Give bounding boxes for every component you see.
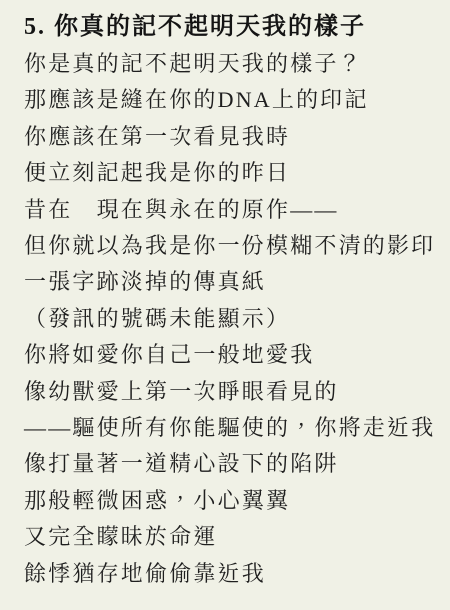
poem-line: 你應該在第一次看見我時 [24, 119, 434, 155]
poem-line: 你將如愛你自己一般地愛我 [24, 337, 434, 373]
poem-line: 昔在 現在與永在的原作—— [24, 192, 434, 228]
poem-line: 便立刻記起我是你的昨日 [24, 155, 434, 191]
poem-line: 像打量著一道精心設下的陷阱 [24, 446, 434, 482]
poem-line: （發訊的號碼未能顯示） [24, 301, 434, 337]
poem-line: 你是真的記不起明天我的樣子？ [24, 46, 434, 82]
poem-line: ——驅使所有你能驅使的，你將走近我 [24, 410, 434, 446]
poem-line: 又完全矇昧於命運 [24, 519, 434, 555]
poem-lines: 你是真的記不起明天我的樣子？那應該是縫在你的DNA上的印記你應該在第一次看見我時… [24, 46, 434, 592]
poem-title: 5. 你真的記不起明天我的樣子 [24, 9, 434, 46]
poem-line: 餘悸猶存地偷偷靠近我 [24, 556, 434, 592]
poem-line: 但你就以為我是你一份模糊不清的影印 [24, 228, 434, 264]
poem-line: 那般輕微困惑，小心翼翼 [24, 483, 434, 519]
poem-line: 那應該是縫在你的DNA上的印記 [24, 82, 434, 118]
poem-line: 像幼獸愛上第一次睜眼看見的 [24, 374, 434, 410]
poem-line: 一張字跡淡掉的傳真紙 [24, 264, 434, 300]
poem-page: 5. 你真的記不起明天我的樣子 你是真的記不起明天我的樣子？那應該是縫在你的DN… [0, 0, 450, 610]
